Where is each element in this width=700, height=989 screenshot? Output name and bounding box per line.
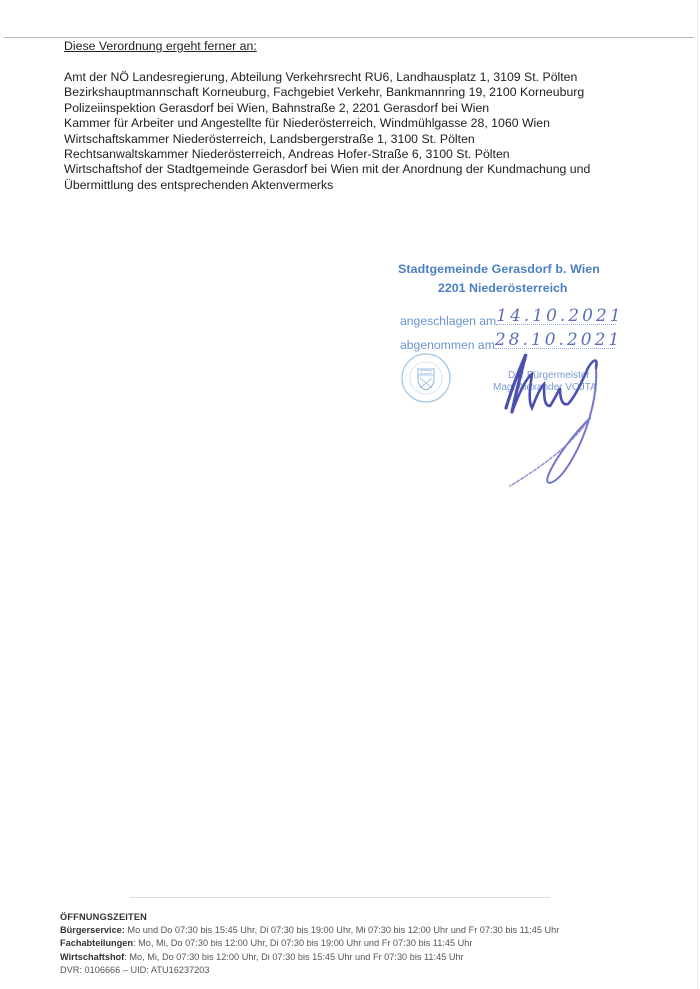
- municipal-seal-icon: [400, 352, 452, 404]
- recipient-line: Übermittlung des entsprechenden Aktenver…: [64, 178, 590, 193]
- footer-ids: DVR: 0106666 – UID: ATU16237203: [60, 964, 559, 977]
- recipient-line: Polizeiinspektion Gerasdorf bei Wien, Ba…: [64, 101, 590, 116]
- posted-label: angeschlagen am: [400, 314, 496, 328]
- footer-row-label: Bürgerservice:: [60, 925, 125, 935]
- footer-row-text: Mo und Do 07:30 bis 15:45 Uhr, Di 07:30 …: [125, 925, 559, 935]
- posted-dotted-line: 14.10.2021: [496, 312, 616, 325]
- recipient-line: Wirtschaftskammer Niederösterreich, Land…: [64, 132, 590, 147]
- footer-row: Bürgerservice: Mo und Do 07:30 bis 15:45…: [60, 924, 559, 937]
- footer-row: Fachabteilungen: Mo, Mi, Do 07:30 bis 12…: [60, 937, 559, 950]
- removed-label: abgenommen am: [400, 338, 495, 352]
- top-rule: [4, 37, 694, 38]
- footer-title: ÖFFNUNGSZEITEN: [60, 911, 559, 924]
- removed-date: 28.10.2021: [495, 330, 622, 350]
- stamp-municipality: Stadtgemeinde Gerasdorf b. Wien: [398, 262, 600, 276]
- opening-hours-footer: ÖFFNUNGSZEITEN Bürgerservice: Mo und Do …: [60, 911, 559, 977]
- footer-row-label: Wirtschaftshof: [60, 952, 124, 962]
- footer-rule: [130, 897, 550, 898]
- posted-row: angeschlagen am14.10.2021: [400, 312, 616, 328]
- footer-row-label: Fachabteilungen: [60, 938, 133, 948]
- recipient-line: Kammer für Arbeiter und Angestellte für …: [64, 116, 590, 131]
- recipient-line: Bezirkshauptmannschaft Korneuburg, Fachg…: [64, 85, 590, 100]
- recipient-line: Wirtschaftshof der Stadtgemeinde Gerasdo…: [64, 162, 590, 177]
- official-stamp: Stadtgemeinde Gerasdorf b. Wien 2201 Nie…: [398, 262, 638, 502]
- footer-row: Wirtschaftshof: Mo, Mi, Do 07:30 bis 12:…: [60, 951, 559, 964]
- footer-row-text: : Mo, Mi, Do 07:30 bis 12:00 Uhr, Di 07:…: [124, 952, 463, 962]
- distribution-heading: Diese Verordnung ergeht ferner an:: [64, 39, 257, 53]
- stamp-region: 2201 Niederösterreich: [438, 281, 568, 295]
- page-edge: [697, 0, 698, 989]
- footer-row-text: : Mo, Mi, Do 07:30 bis 12:00 Uhr, Di 07:…: [133, 938, 472, 948]
- recipient-line: Rechtsanwaltskammer Niederösterreich, An…: [64, 147, 590, 162]
- recipient-line: Amt der NÖ Landesregierung, Abteilung Ve…: [64, 70, 590, 85]
- posted-date: 14.10.2021: [496, 306, 623, 326]
- handwritten-signature-icon: [486, 348, 636, 498]
- recipient-list: Amt der NÖ Landesregierung, Abteilung Ve…: [64, 70, 590, 193]
